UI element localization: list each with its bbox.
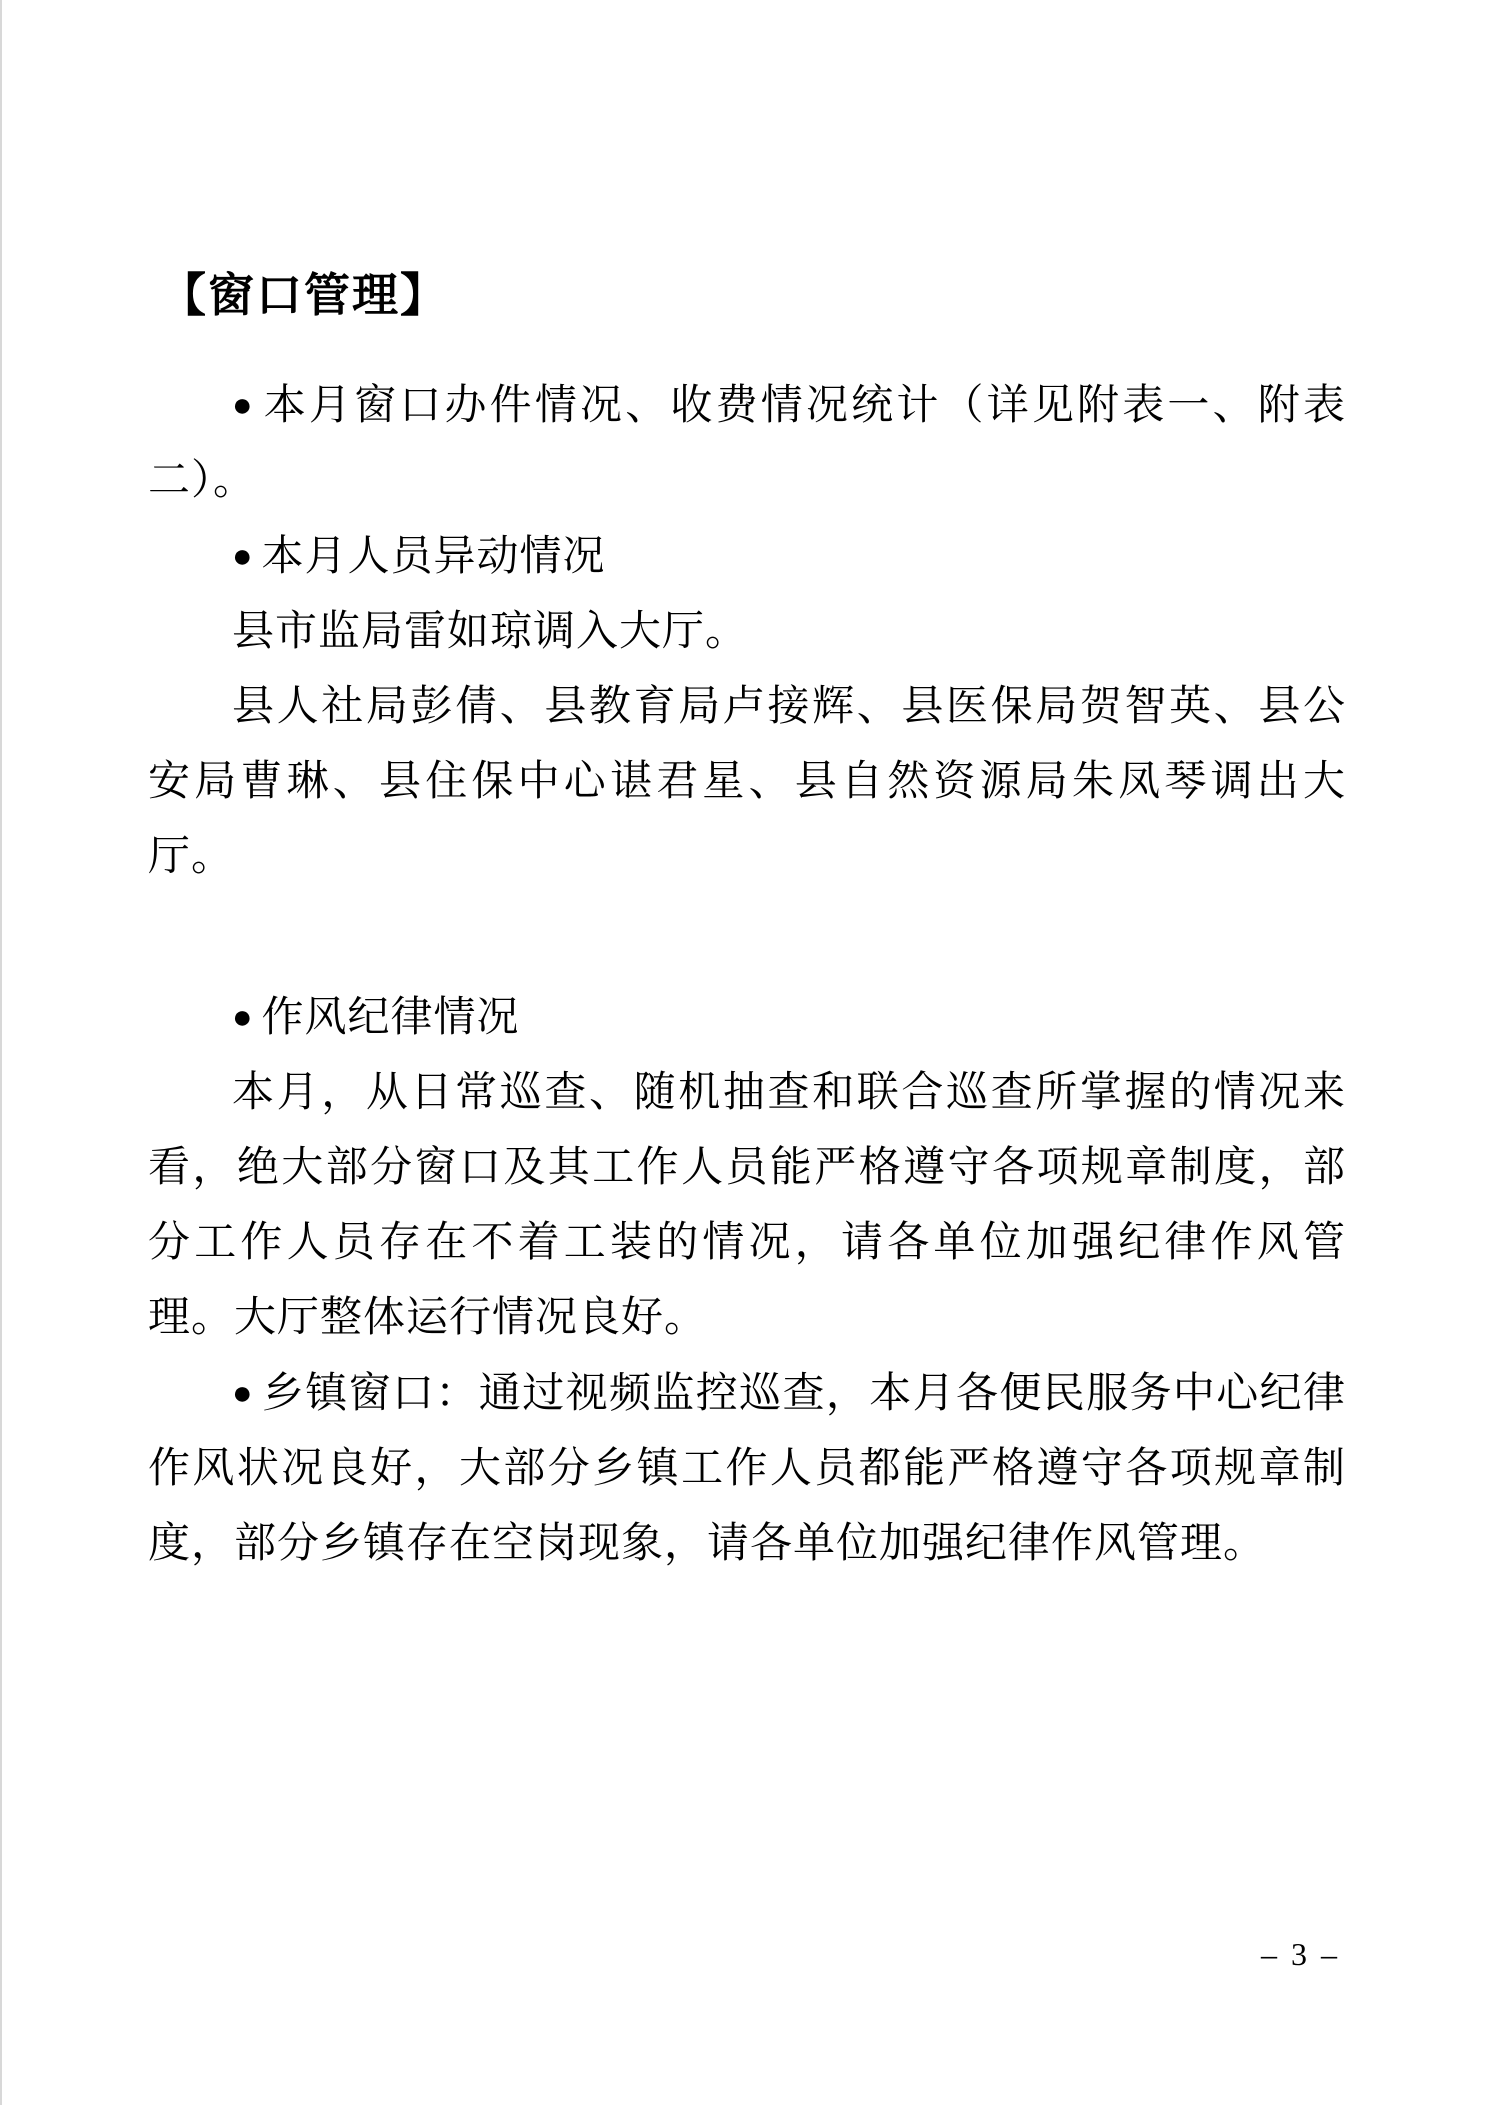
paragraph: 县人社局彭倩、县教育局卢接辉、县医保局贺智英、县公安局曹琳、县住保中心谌君星、县… xyxy=(148,670,1346,895)
document-body: ●本月窗口办件情况、收费情况统计（详见附表一、附表二）。●本月人员异动情况县市监… xyxy=(148,368,1346,1582)
bullet-icon: ● xyxy=(232,1356,254,1431)
paragraph-text: 县人社局彭倩、县教育局卢接辉、县医保局贺智英、县公安局曹琳、县住保中心谌君星、县… xyxy=(148,684,1346,880)
paragraph-text: 本月窗口办件情况、收费情况统计（详见附表一、附表二）。 xyxy=(148,383,1346,504)
paragraph-text: 本月人员异动情况 xyxy=(262,534,606,580)
bullet-icon: ● xyxy=(232,519,254,594)
page-number: – 3 – xyxy=(1261,1936,1340,1973)
paragraph-text: 乡镇窗口：通过视频监控巡查，本月各便民服务中心纪律作风状况良好，大部分乡镇工作人… xyxy=(148,1371,1346,1567)
bullet-paragraph: ●本月人员异动情况 xyxy=(148,519,1346,595)
bullet-paragraph: ●乡镇窗口：通过视频监控巡查，本月各便民服务中心纪律作风状况良好，大部分乡镇工作… xyxy=(148,1356,1346,1582)
bullet-icon: ● xyxy=(232,368,254,443)
paragraph-text: 本月，从日常巡查、随机抽查和联合巡查所掌握的情况来看，绝大部分窗口及其工作人员能… xyxy=(148,1070,1346,1341)
bullet-paragraph: ●本月窗口办件情况、收费情况统计（详见附表一、附表二）。 xyxy=(148,368,1346,519)
paragraph-spacer xyxy=(148,895,1346,980)
document-page: 【窗口管理】 ●本月窗口办件情况、收费情况统计（详见附表一、附表二）。●本月人员… xyxy=(0,0,1488,2105)
paragraph-text: 县市监局雷如琼调入大厅。 xyxy=(232,609,748,655)
paragraph: 本月，从日常巡查、随机抽查和联合巡查所掌握的情况来看，绝大部分窗口及其工作人员能… xyxy=(148,1056,1346,1356)
paragraph: 县市监局雷如琼调入大厅。 xyxy=(148,595,1346,670)
bullet-paragraph: ●作风纪律情况 xyxy=(148,980,1346,1056)
paragraph-text: 作风纪律情况 xyxy=(262,995,520,1041)
section-heading: 【窗口管理】 xyxy=(160,266,1346,324)
bullet-icon: ● xyxy=(232,980,254,1055)
